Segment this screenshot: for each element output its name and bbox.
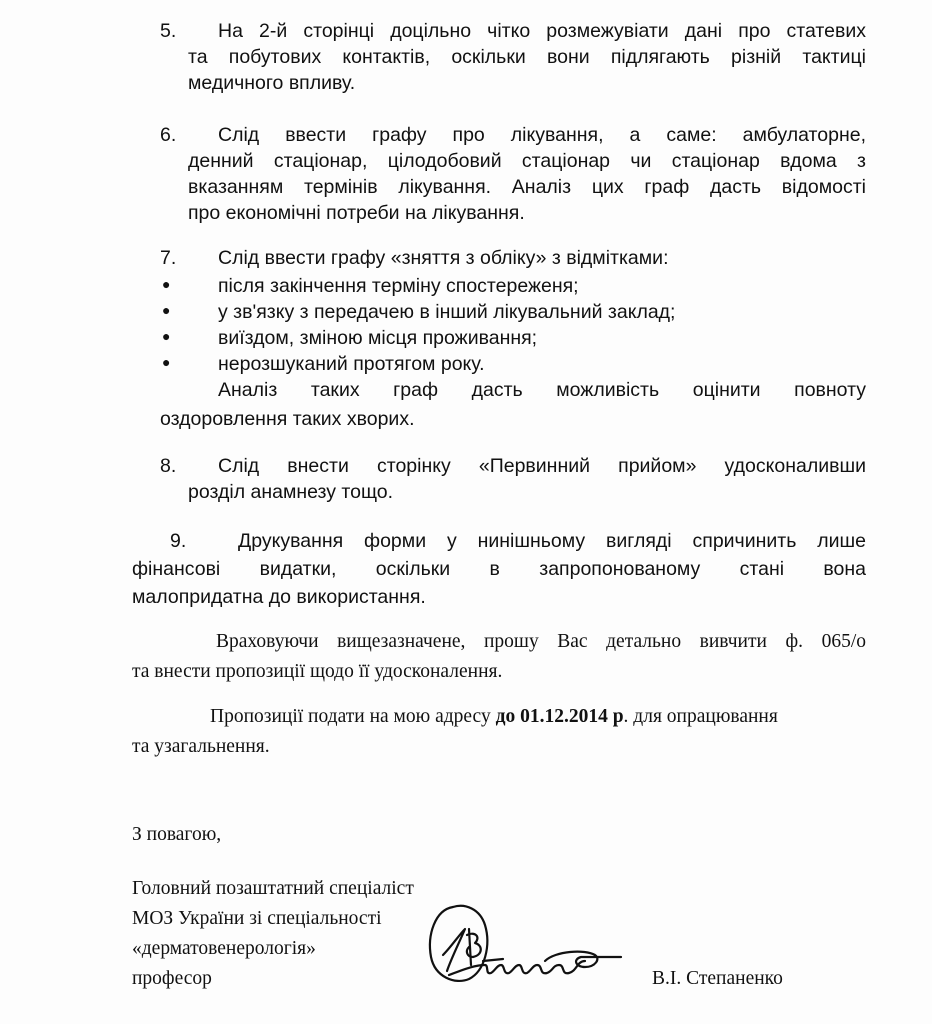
item-intro: Слід ввести графу «зняття з обліку» з ві… bbox=[218, 245, 668, 271]
deadline-text-before: Пропозиції подати на мою адресу bbox=[210, 706, 496, 727]
deadline-date: до 01.12.2014 р bbox=[496, 706, 624, 727]
signer-name: В.І. Степаненко bbox=[652, 964, 783, 994]
bullet-icon: ● bbox=[162, 278, 170, 294]
bullet-icon: ● bbox=[162, 356, 170, 372]
item-text-line: вказанням термінів лікування. Аналіз цих… bbox=[188, 174, 866, 200]
item-number: 5. bbox=[160, 18, 176, 44]
item-conclusion-line: Аналіз таких граф дасть можливість оціни… bbox=[218, 377, 866, 403]
bullet-icon: ● bbox=[162, 330, 170, 346]
deadline-text-after: . для опрацювання bbox=[624, 706, 778, 727]
signer-title-line: Головний позаштатний спеціаліст bbox=[132, 874, 414, 904]
item-text-line: та побутових контактів, оскільки вони пі… bbox=[188, 44, 866, 70]
signer-title-line: професор bbox=[132, 964, 212, 994]
bullet-text: після закінчення терміну спостереженя; bbox=[218, 273, 579, 299]
signer-title-line: МОЗ України зі спеціальності bbox=[132, 904, 382, 934]
closing-salutation: З повагою, bbox=[132, 820, 221, 850]
item-text-line: розділ анамнезу тощо. bbox=[188, 479, 393, 505]
paragraph-line: та внести пропозиції щодо її удосконален… bbox=[132, 657, 502, 687]
item-text-line: малопридатна до використання. bbox=[132, 584, 426, 610]
item-text-line: На 2-й сторінці доцільно чітко розмежуві… bbox=[218, 18, 866, 44]
document-page: 5. На 2-й сторінці доцільно чітко розмеж… bbox=[0, 0, 932, 1024]
item-text-line: медичного впливу. bbox=[188, 70, 355, 96]
item-number: 7. bbox=[160, 245, 176, 271]
bullet-text: виїздом, зміною місця проживання; bbox=[218, 325, 537, 351]
paragraph-line: та узагальнення. bbox=[132, 732, 270, 762]
paragraph-line: Враховуючи вищезазначене, прошу Вас дета… bbox=[216, 627, 866, 657]
bullet-text: у зв'язку з передачею в інший лікувальни… bbox=[218, 299, 675, 325]
item-text-line: Слід внести сторінку «Первинний прийом» … bbox=[218, 453, 866, 479]
item-text-line: Друкування форми у нинішньому вигляді сп… bbox=[238, 528, 866, 554]
handwritten-signature bbox=[425, 895, 625, 995]
item-text-line: про економічні потреби на лікування. bbox=[188, 200, 525, 226]
item-number: 8. bbox=[160, 453, 176, 479]
bullet-icon: ● bbox=[162, 304, 170, 320]
paragraph-line: Пропозиції подати на мою адресу до 01.12… bbox=[210, 702, 778, 732]
signer-title-line: «дерматовенерологія» bbox=[132, 934, 316, 964]
item-text-line: Слід ввести графу про лікування, а саме:… bbox=[218, 122, 866, 148]
bullet-text: нерозшуканий протягом року. bbox=[218, 351, 485, 377]
item-text-line: денний стаціонар, цілодобовий стаціонар … bbox=[188, 148, 866, 174]
item-conclusion-line: оздоровлення таких хворих. bbox=[160, 406, 415, 432]
item-text-line: фінансові видатки, оскільки в запропонов… bbox=[132, 556, 866, 582]
item-number: 6. bbox=[160, 122, 176, 148]
item-number: 9. bbox=[170, 528, 186, 554]
